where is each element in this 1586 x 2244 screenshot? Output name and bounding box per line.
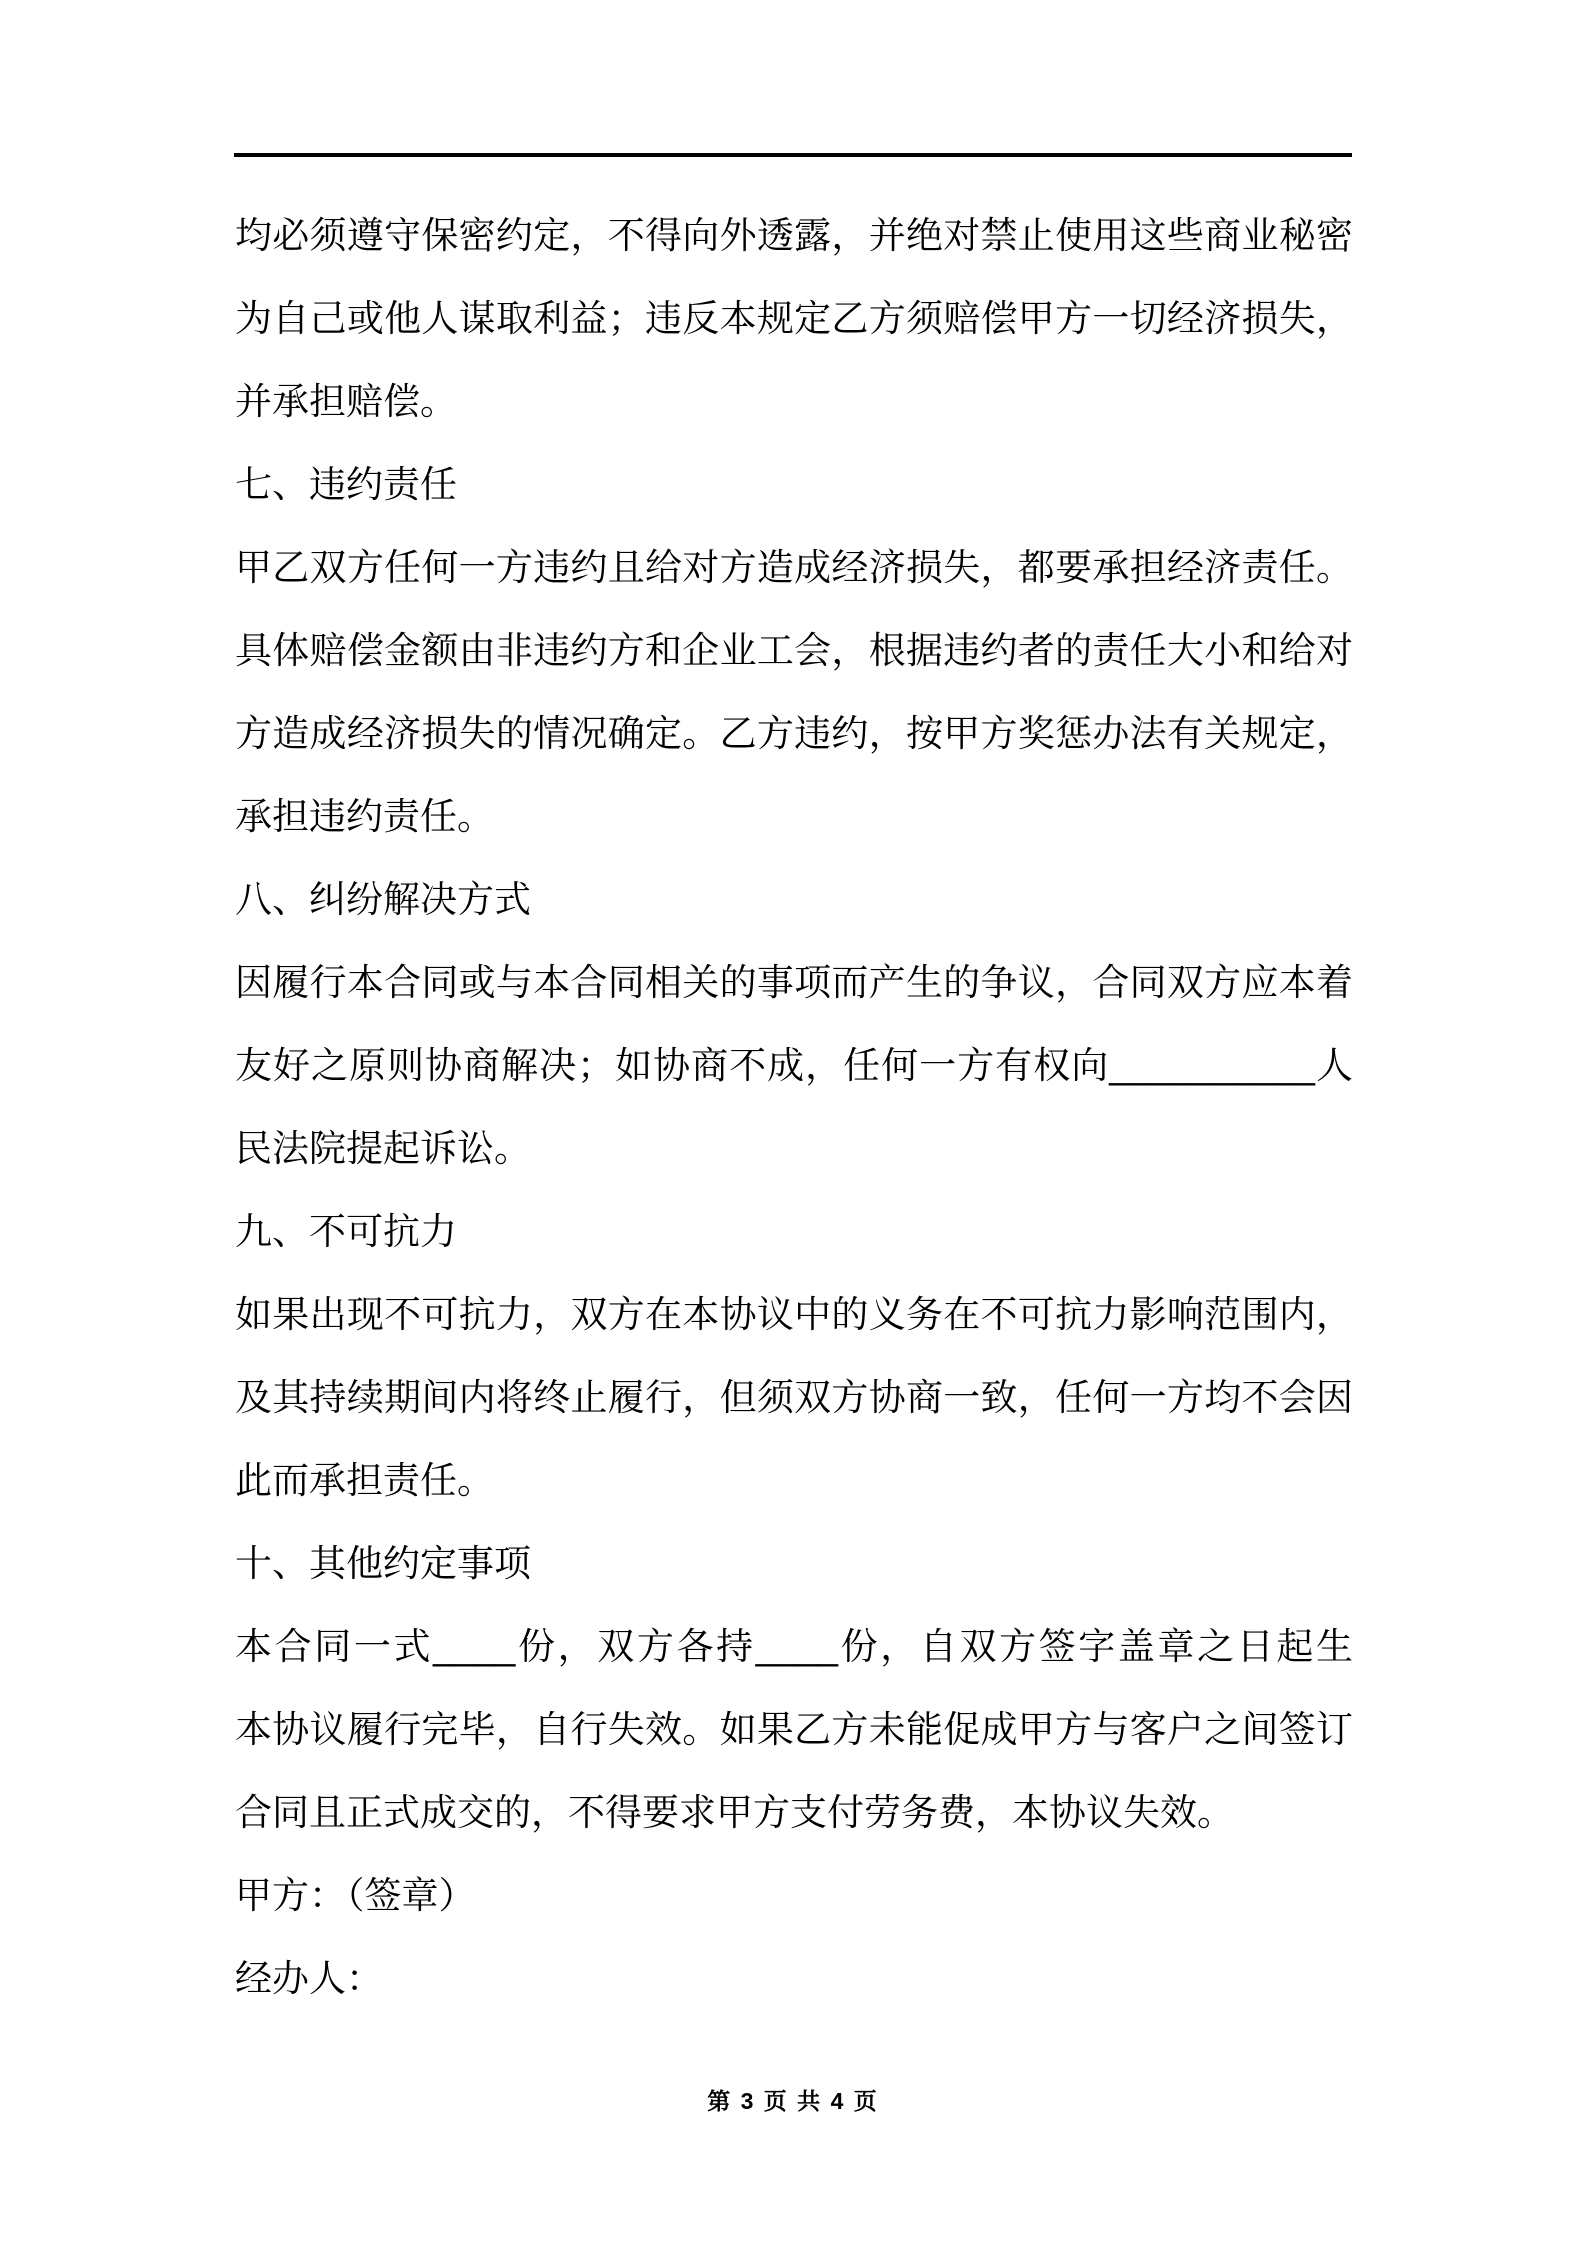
contract-text-line: 此而承担责任。 (235, 1439, 1353, 1522)
contract-text-line: 为自己或他人谋取利益；违反本规定乙方须赔偿甲方一切经济损失， (235, 277, 1353, 360)
contract-text-line: 本协议履行完毕，自行失效。如果乙方未能促成甲方与客户之间签订 (235, 1688, 1353, 1771)
contract-text-line: 如果出现不可抗力，双方在本协议中的义务在不可抗力影响范围内， (235, 1273, 1353, 1356)
page-number-text: 第 3 页 共 4 页 (707, 2088, 879, 2114)
contract-text-line: 承担违约责任。 (235, 775, 1353, 858)
page-footer: 第 3 页 共 4 页 (0, 2083, 1586, 2116)
contract-text-line: 具体赔偿金额由非违约方和企业工会，根据违约者的责任大小和给对 (235, 609, 1353, 692)
contract-text-line: 方造成经济损失的情况确定。乙方违约，按甲方奖惩办法有关规定， (235, 692, 1353, 775)
contract-text-line: 合同且正式成交的，不得要求甲方支付劳务费，本协议失效。 (235, 1771, 1353, 1854)
clause-heading: 八、纠纷解决方式 (235, 858, 1353, 941)
contract-text-line: 因履行本合同或与本合同相关的事项而产生的争议，合同双方应本着 (235, 941, 1353, 1024)
header-rule (234, 153, 1352, 157)
clause-heading: 十、其他约定事项 (235, 1522, 1353, 1605)
contract-text-line: 经办人： (235, 1937, 1353, 2020)
contract-text-line: 均必须遵守保密约定，不得向外透露，并绝对禁止使用这些商业秘密 (235, 194, 1353, 277)
contract-text-line: 并承担赔偿。 (235, 360, 1353, 443)
clause-heading: 七、违约责任 (235, 443, 1353, 526)
document-body: 均必须遵守保密约定，不得向外透露，并绝对禁止使用这些商业秘密为自己或他人谋取利益… (235, 194, 1353, 2020)
contract-text-line: 及其持续期间内将终止履行，但须双方协商一致，任何一方均不会因 (235, 1356, 1353, 1439)
clause-heading: 九、不可抗力 (235, 1190, 1353, 1273)
contract-text-line: 民法院提起诉讼。 (235, 1107, 1353, 1190)
contract-text-line: 甲方：（签章） (235, 1854, 1353, 1937)
contract-text-line: 甲乙双方任何一方违约且给对方造成经济损失，都要承担经济责任。 (235, 526, 1353, 609)
contract-text-line: 本合同一式____份，双方各持____份，自双方签字盖章之日起生效； (235, 1605, 1353, 1688)
contract-text-line: 友好之原则协商解决；如协商不成，任何一方有权向__________人 (235, 1024, 1353, 1107)
document-page: 均必须遵守保密约定，不得向外透露，并绝对禁止使用这些商业秘密为自己或他人谋取利益… (0, 0, 1586, 2244)
